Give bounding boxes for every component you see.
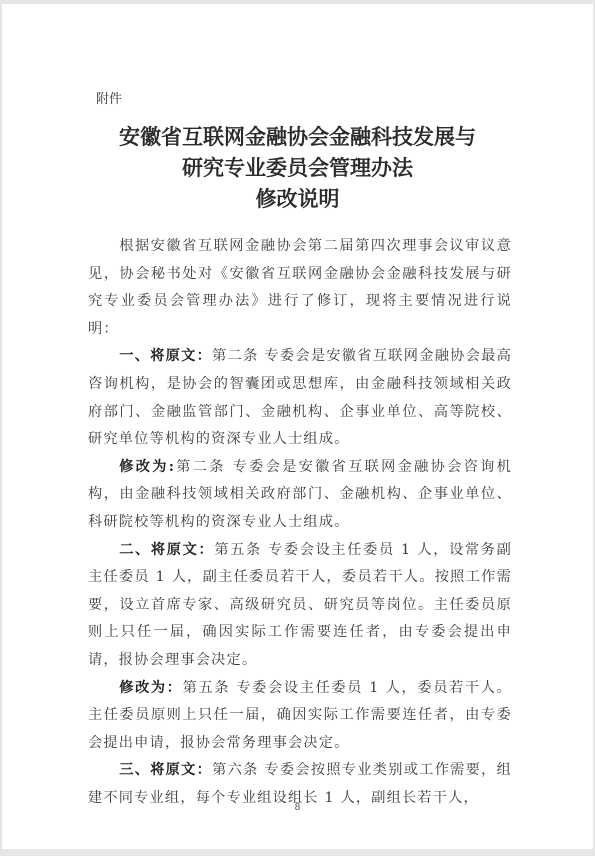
paragraph-text: 根据安徽省互联网金融协会第二届第四次理事会议审议意见，协会秘书处对《安徽省互联网… [88, 238, 512, 337]
document-subtitle: 修改说明 [0, 183, 595, 213]
page-number: 8 [0, 803, 595, 813]
original-text-paragraph-2: 二、将原文：第五条 专委会设主任委员 1 人，设常务副主任委员 1 人，副主任委… [88, 537, 512, 675]
paragraph-label: 一、将原文： [119, 348, 212, 364]
document-title-line-1: 安徽省互联网金融协会金融科技发展与 [0, 121, 595, 151]
attachment-label: 附件 [96, 88, 122, 107]
revised-text-paragraph-1: 修改为:第二条 专委会是安徽省互联网金融协会咨询机构，由金融科技领域相关政府部门… [88, 454, 512, 537]
paragraph-text: 第五条 专委会设主任委员 1 人，设常务副主任委员 1 人，副主任委员若干人，委… [88, 542, 512, 668]
revised-text-paragraph-2: 修改为：第五条 专委会设主任委员 1 人，委员若干人。主任委员原则上只任一届，确… [88, 675, 512, 758]
document-body: 根据安徽省互联网金融协会第二届第四次理事会议审议意见，协会秘书处对《安徽省互联网… [88, 233, 512, 812]
paragraph-label: 二、将原文： [119, 542, 214, 558]
paragraph-label: 修改为： [119, 680, 182, 696]
paragraph-label: 三、将原文： [119, 762, 212, 778]
original-text-paragraph-1: 一、将原文：第二条 专委会是安徽省互联网金融协会最高咨询机构，是协会的智囊团或思… [88, 343, 512, 453]
intro-paragraph: 根据安徽省互联网金融协会第二届第四次理事会议审议意见，协会秘书处对《安徽省互联网… [88, 233, 512, 343]
document-title-line-2: 研究专业委员会管理办法 [0, 152, 595, 182]
paragraph-label: 修改为: [119, 459, 175, 475]
